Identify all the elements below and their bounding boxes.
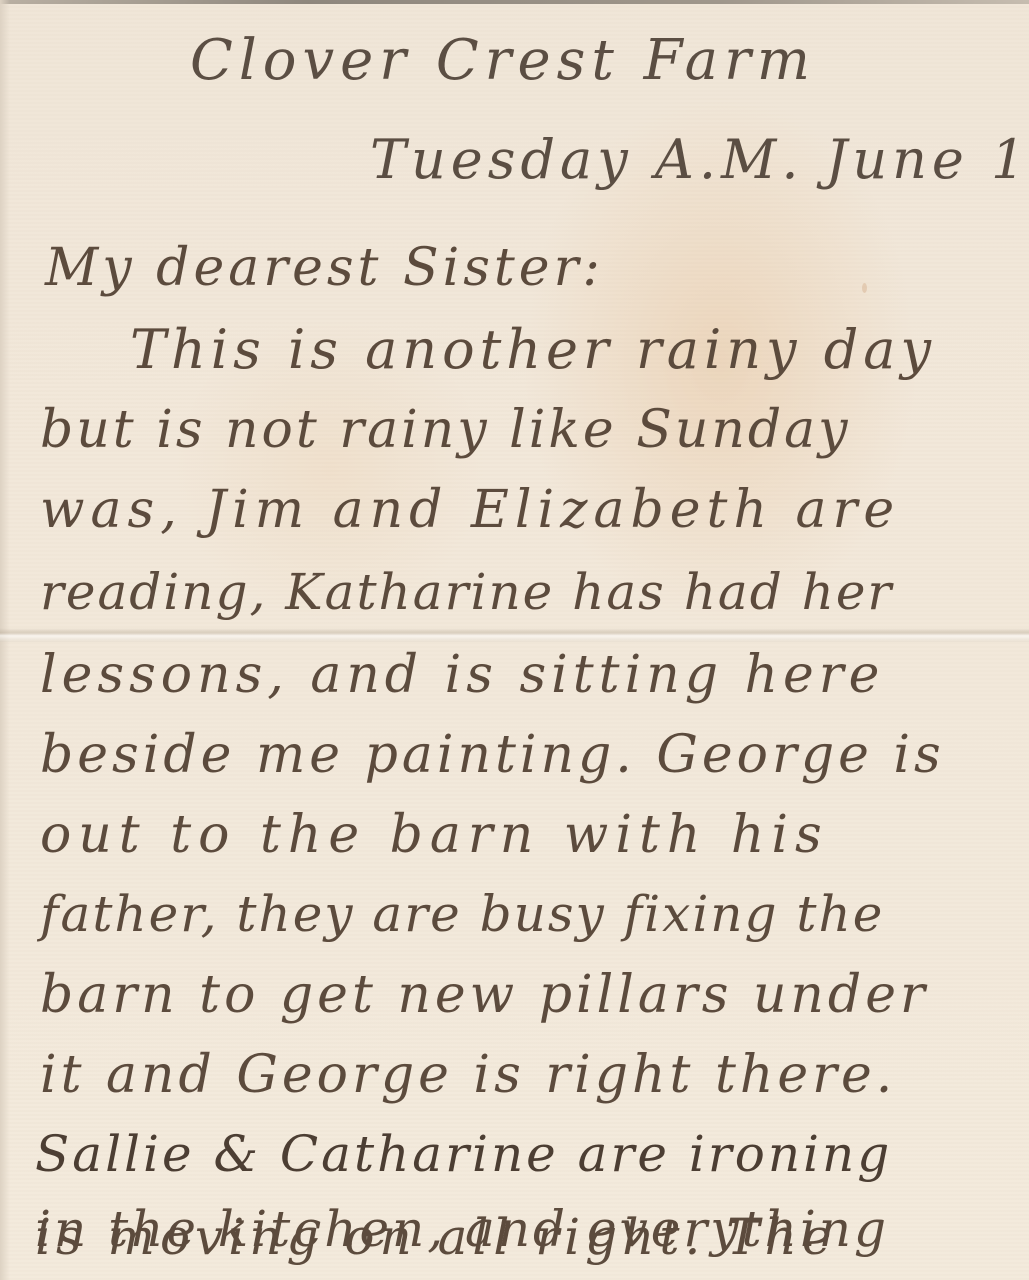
letter-line: is moving on all right. The <box>35 1208 836 1266</box>
letter-line: This is another rainy day <box>130 318 936 381</box>
letter-line: out to the barn with his <box>40 805 829 865</box>
letter-line: reading, Katharine has had her <box>40 563 893 621</box>
letter-line: but is not rainy like Sunday <box>40 400 851 460</box>
fold-crease <box>0 628 1029 642</box>
ink-spot <box>862 283 867 293</box>
letter-place: Clover Crest Farm <box>190 28 816 93</box>
letter-paper: Clover Crest Farm Tuesday A.M. June 15. … <box>0 0 1029 1280</box>
paper-top-edge <box>0 0 1029 4</box>
letter-line: Sallie & Catharine are ironing <box>35 1125 892 1183</box>
letter-line: beside me painting. George is <box>40 725 945 785</box>
letter-line: was, Jim and Elizabeth are <box>40 480 900 540</box>
letter-salutation: My dearest Sister: <box>45 238 604 298</box>
letter-date: Tuesday A.M. June 15. <box>370 128 1029 191</box>
letter-line: it and George is right there. <box>40 1045 896 1105</box>
letter-line: barn to get new pillars under <box>40 965 929 1025</box>
letter-line: father, they are busy fixing the <box>40 885 884 943</box>
letter-line: lessons, and is sitting here <box>40 645 884 705</box>
